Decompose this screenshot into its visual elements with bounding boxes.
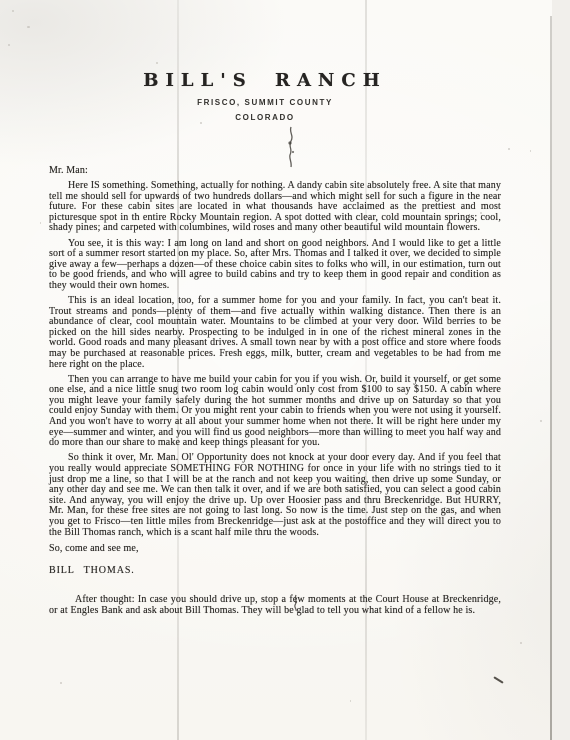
paper-edge-line bbox=[550, 16, 552, 740]
letter-paragraph-2: You see, it is this way: I am long on la… bbox=[49, 239, 501, 292]
letter-paragraph-5: So think it over, Mr. Man. Ol' Opportuni… bbox=[49, 453, 501, 538]
letterhead: BILL'S RANCH FRISCO, SUMMIT COUNTY COLOR… bbox=[0, 70, 530, 122]
afterthought-postscript: After thought: In case you should drive … bbox=[49, 595, 501, 616]
ink-slash-mark bbox=[493, 676, 503, 684]
closing-line: So, come and see me, bbox=[49, 544, 501, 555]
scanned-letter-page: BILL'S RANCH FRISCO, SUMMIT COUNTY COLOR… bbox=[0, 0, 570, 740]
letter-paragraph-1: Here IS something. Something, actually f… bbox=[49, 181, 501, 234]
letter-body: Mr. Man: Here IS something. Something, a… bbox=[49, 166, 501, 616]
letter-paragraph-4: Then you can arrange to have me build yo… bbox=[49, 375, 501, 449]
letter-paragraph-3: This is an ideal location, too, for a su… bbox=[49, 296, 501, 370]
signature-name: BILL THOMAS. bbox=[49, 566, 501, 577]
scan-background-strip bbox=[552, 0, 570, 740]
letterhead-location-line2: COLORADO bbox=[0, 113, 530, 122]
salutation: Mr. Man: bbox=[49, 166, 501, 177]
letterhead-location-line1: FRISCO, SUMMIT COUNTY bbox=[0, 98, 530, 107]
ink-smudge-mark bbox=[281, 126, 301, 170]
ranch-name-title: BILL'S RANCH bbox=[0, 70, 530, 91]
